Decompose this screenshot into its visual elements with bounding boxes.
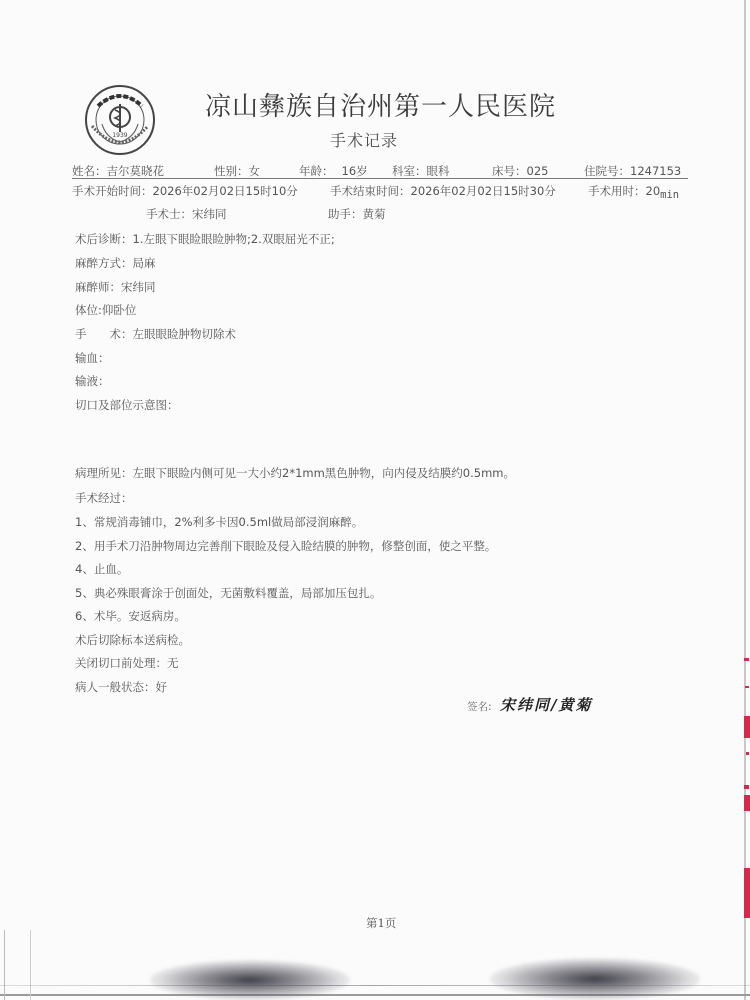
procedure-step: 6、术毕。安返病房。 <box>75 608 186 624</box>
patient-department: 科室：眼科 <box>392 163 450 179</box>
red-stamp-mark <box>744 785 749 789</box>
red-stamp-mark <box>744 795 750 811</box>
surgeon: 手术士：宋纬同 <box>146 206 227 222</box>
blood-transfusion: 输血： <box>75 350 110 366</box>
postop-diagnosis: 术后诊断：1.左眼下眼睑眼睑肿物;2.双眼屈光不正; <box>75 231 335 247</box>
patient-general-status: 病人一般状态：好 <box>75 679 167 695</box>
red-stamp-mark <box>744 716 750 738</box>
procedure-label: 手术经过： <box>75 490 133 506</box>
infusion: 输液： <box>75 373 110 389</box>
handwritten-signature: 宋纬同/黄菊 <box>500 694 592 715</box>
anesthesiologist: 麻醉师：宋纬同 <box>75 279 156 295</box>
signature-label: 签名: <box>467 699 492 714</box>
pathology-findings: 病理所见：左眼下眼睑内侧可见一大小约2*1mm黑色肿物，向内侵及结膜约0.5mm… <box>75 465 515 481</box>
scan-artifact-line <box>0 985 750 986</box>
hospital-name: 凉山彝族自治州第一人民医院 <box>205 86 565 123</box>
red-stamp-mark <box>746 752 749 755</box>
patient-name: 姓名：吉尔莫晓花 <box>72 163 164 179</box>
specimen-note: 术后切除标本送病检。 <box>75 632 190 648</box>
red-stamp-mark <box>745 686 749 688</box>
scan-smudge <box>490 958 700 1000</box>
body-position: 体位:仰卧位 <box>75 302 136 318</box>
anesthesia-method: 麻醉方式：局麻 <box>75 255 156 271</box>
red-stamp-mark <box>744 868 750 918</box>
surgery-duration: 手术用时：20min <box>588 183 679 199</box>
procedure-step: 1、常规消毒铺巾，2%利多卡因0.5ml做局部浸润麻醉。 <box>75 514 363 530</box>
assistant: 助手：黄菊 <box>328 206 386 222</box>
page-edge <box>744 0 746 1000</box>
patient-bed-number: 床号：025 <box>492 163 548 179</box>
pre-closure-handling: 关闭切口前处理：无 <box>75 655 179 671</box>
surgery-name: 手 术：左眼眼睑肿物切除术 <box>75 326 236 342</box>
page-edge <box>30 930 31 1000</box>
red-stamp-mark <box>744 658 749 661</box>
svg-text:1939: 1939 <box>112 132 127 139</box>
patient-admission-number: 住院号：1247153 <box>584 163 681 179</box>
surgery-start-time: 手术开始时间：2026年02月02日15时10分 <box>72 183 298 199</box>
patient-info-row: 姓名：吉尔莫晓花 性别：女 年龄：16岁 科室：眼科 床号：025 住院号：12… <box>72 163 688 179</box>
page-number: 第1页 <box>366 915 396 931</box>
scan-smudge <box>150 960 350 1000</box>
patient-gender: 性别：女 <box>214 163 260 179</box>
document-title: 手术记录 <box>330 128 398 151</box>
incision-diagram: 切口及部位示意图： <box>75 397 179 413</box>
procedure-step: 2、用手术刀沿肿物周边完善削下眼睑及侵入睑结膜的肿物，修整创面，使之平整。 <box>75 538 496 554</box>
page-edge <box>4 930 5 1000</box>
procedure-step: 5、典必殊眼膏涂于创面处，无菌敷料覆盖，局部加压包扎。 <box>75 585 381 601</box>
patient-age: 年龄：16岁 <box>299 163 368 179</box>
surgery-end-time: 手术结束时间：2026年02月02日15时30分 <box>330 183 556 199</box>
hospital-emblem-icon: 1939 <box>84 84 156 156</box>
procedure-step: 4、止血。 <box>75 561 128 577</box>
